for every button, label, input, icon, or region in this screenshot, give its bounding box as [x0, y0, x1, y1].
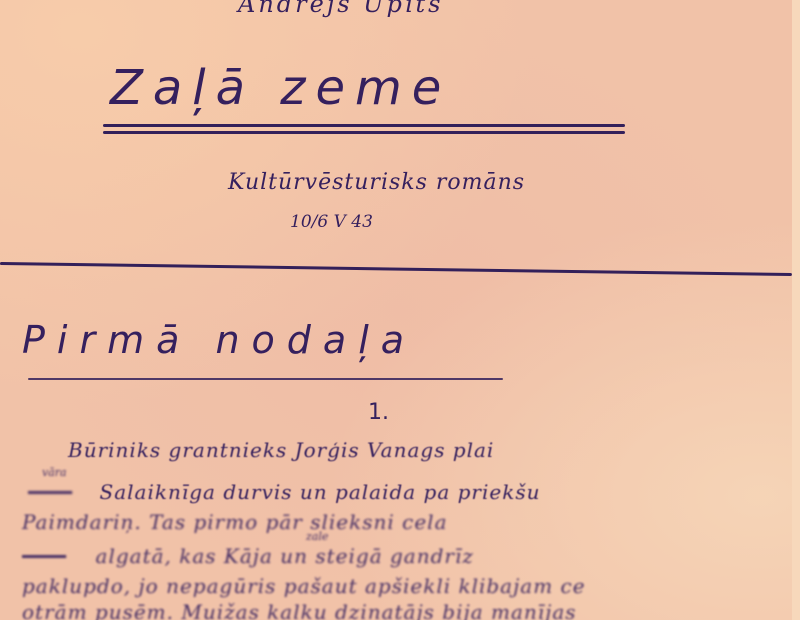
book-title: Zaļā zeme: [110, 60, 451, 116]
body-line-4: algatā, kas Kāja un steigā gandrīz: [22, 544, 474, 568]
body-line-6: otrām pusēm. Muižas kalku dzinatājs bija…: [22, 600, 577, 620]
struck-word: ​: [28, 480, 72, 504]
insertion-above-line-4: zale: [306, 530, 328, 543]
manuscript-date: 10/6 V 43: [290, 212, 373, 232]
title-double-underline-top: [103, 124, 625, 127]
body-line-text: algatā, kas Kāja un steigā gandrīz: [96, 544, 474, 568]
chapter-heading: Pirmā nodaļa: [22, 318, 416, 362]
author-name: Andrejs Upīts: [238, 0, 443, 18]
body-line-text: Paimdariņ. Tas pirmo pār slieksni cela: [22, 510, 448, 534]
body-line-1: Būriniks grantnieks Jorģis Vanags plai: [68, 438, 494, 462]
chapter-underline: [28, 378, 503, 380]
section-number: 1.: [368, 400, 389, 425]
body-line-5: paklupdo, jo nepagūris pašaut apšiekli k…: [22, 574, 586, 598]
body-line-text: otrām pusēm. Muižas kalku dzinatājs bija…: [22, 600, 577, 620]
body-line-text: Būriniks grantnieks Jorģis Vanags plai: [68, 438, 494, 462]
section-divider-line: [0, 262, 792, 276]
body-line-text: Salaiknīga durvis un palaida pa priekšu: [100, 480, 541, 504]
book-subtitle: Kultūrvēsturisks romāns: [228, 170, 525, 195]
title-double-underline-bottom: [103, 131, 625, 134]
insertion-above-line-2: vāra: [42, 466, 67, 479]
body-line-3: Paimdariņ. Tas pirmo pār slieksni cela: [22, 510, 448, 534]
body-line-2: ​ Salaiknīga durvis un palaida pa priekš…: [28, 480, 541, 504]
struck-word: [22, 544, 66, 568]
paper-edge: [792, 0, 800, 620]
body-line-text: paklupdo, jo nepagūris pašaut apšiekli k…: [22, 574, 586, 598]
